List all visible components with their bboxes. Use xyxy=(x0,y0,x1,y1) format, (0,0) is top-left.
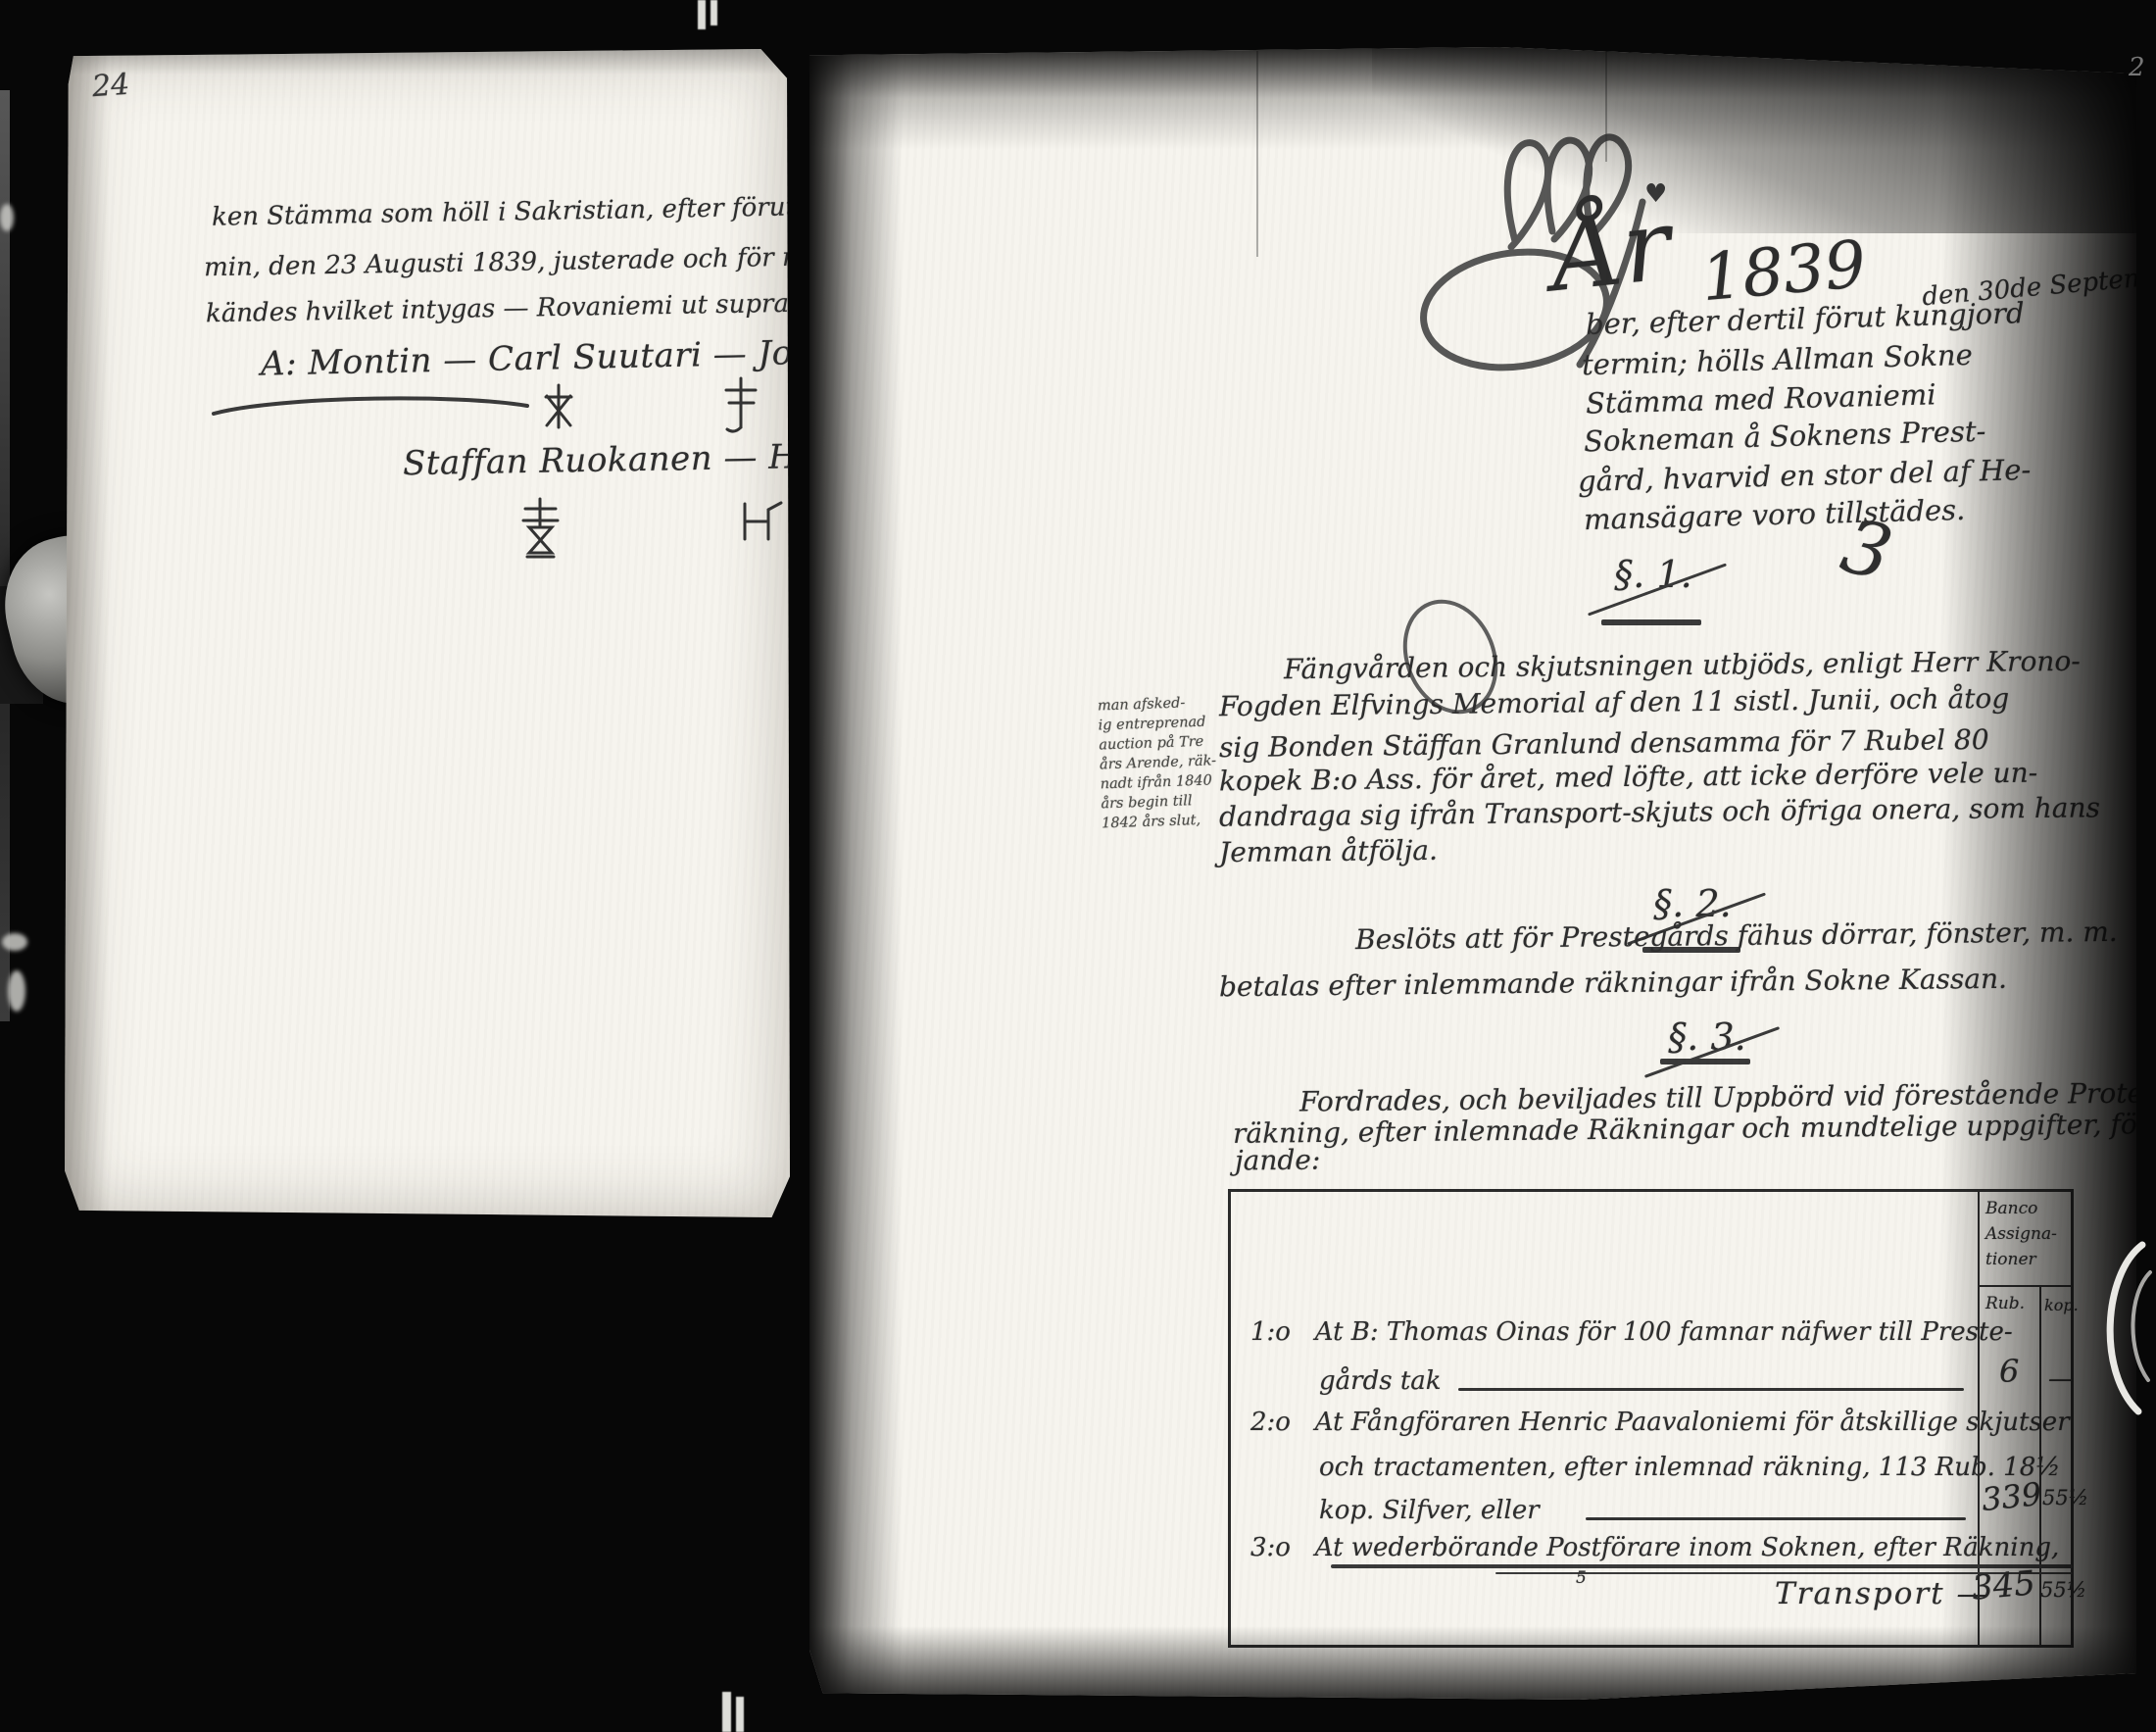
row-number: 3:o xyxy=(1250,1533,1291,1562)
section-1-line: Fängvården och skjutsningen utbjöds, enl… xyxy=(1284,645,2081,686)
table-row-1-line-1: 1:o At B: Thomas Oinas för 100 famnar nä… xyxy=(1250,1317,2013,1347)
scan-speck xyxy=(0,204,14,231)
opening-line: mansägare voro tillstädes. xyxy=(1584,493,1966,536)
table-row-2-line-3: kop. Silfver, eller xyxy=(1319,1496,1540,1525)
scanned-book-spread: 24 ken Stämma som höll i Sakristian, eft… xyxy=(0,0,2156,1732)
table-header-divider xyxy=(1978,1285,2073,1287)
transport-carry-note: 5 xyxy=(1576,1568,1587,1588)
table-row-2-rub: 339 xyxy=(1980,1475,2043,1518)
transport-label: Transport — xyxy=(1775,1576,1989,1611)
registration-mark xyxy=(710,0,717,25)
row-number: 2:o xyxy=(1250,1408,1291,1437)
page-edge-shadow-bottom xyxy=(809,1626,2136,1700)
opening-line: Stämma med Rovaniemi xyxy=(1586,377,1936,420)
ruokanen-house-mark-icon xyxy=(520,498,560,567)
page-edge-shadow xyxy=(65,49,110,1217)
currency-header-line: tioner xyxy=(1985,1247,2057,1272)
transport-rub: 345 xyxy=(1970,1563,2036,1608)
fill-rule xyxy=(1458,1388,1964,1391)
section-1-line: Jemman åtfölja. xyxy=(1219,834,1438,868)
fill-rule xyxy=(1586,1517,1966,1520)
table-row-1-rub: 6 xyxy=(1999,1353,2019,1390)
table-row-1-line-2: gårds tak xyxy=(1319,1366,1442,1396)
section-1-line: kopek B:o Ass. för året, med löfte, att … xyxy=(1219,757,2037,798)
table-currency-header: Banco Assigna- tioner xyxy=(1985,1196,2057,1272)
table-border-left xyxy=(1228,1189,1231,1648)
page-number-left: 24 xyxy=(91,68,131,105)
currency-header-line: Assigna- xyxy=(1985,1221,2057,1247)
right-page: ♥ År 1839 den 30de Septem- ber, efter de… xyxy=(809,47,2136,1700)
heading-underline xyxy=(1660,1059,1750,1064)
section-1-line: dandraga sig ifrån Transport-skjuts och … xyxy=(1219,791,2100,832)
section-2-line: betalas efter inlemmande räkningar ifrån… xyxy=(1219,963,2007,1003)
opening-year-word: År xyxy=(1547,196,1675,306)
row-text: At Fångföraren Henric Paavaloniemi för å… xyxy=(1315,1408,2070,1437)
left-page: 24 ken Stämma som höll i Sakristian, eft… xyxy=(65,49,790,1217)
opening-line: gård, hvarvid en stor del af He- xyxy=(1578,453,2032,498)
opening-year-number: 1839 xyxy=(1698,232,1868,311)
transport-rule xyxy=(1331,1564,2073,1568)
registration-mark xyxy=(698,0,706,29)
pulli-house-mark-icon xyxy=(739,500,786,555)
table-row-2-kop: 55½ xyxy=(2042,1486,2088,1509)
page-number-right-partial: 2 xyxy=(2129,53,2145,82)
protocol-closing-line: kändes hvilket intygas — Rovaniemi ut su… xyxy=(206,289,798,329)
heading-underline xyxy=(1601,619,1701,625)
table-row-2-line-2: och tractamenten, efter inlemnad räkning… xyxy=(1319,1453,2060,1482)
section-1-line: Fogden Elfvings Memorial af den 11 sistl… xyxy=(1219,682,2010,722)
table-row-3-line-1: 3:o At wederbörande Postförare inom Sokn… xyxy=(1250,1533,2059,1562)
suutari-house-mark-icon xyxy=(542,382,575,431)
book-clamp-right xyxy=(2082,1233,2156,1419)
transport-kop: 55½ xyxy=(2040,1578,2086,1602)
gutter-shadow xyxy=(809,47,903,1700)
section-3-line: jande: xyxy=(1235,1144,1321,1177)
table-row-1-kop: — xyxy=(2048,1364,2074,1394)
currency-header-line: Banco xyxy=(1985,1196,2057,1221)
section-2-line: Beslöts att för Prestegårds fähus dörrar… xyxy=(1355,915,2118,956)
table-border-top xyxy=(1228,1189,2073,1192)
row-text: At B: Thomas Oinas för 100 famnar näfwer… xyxy=(1315,1317,2013,1347)
protocol-closing-line: min, den 23 Augusti 1839, justerade och … xyxy=(204,241,912,283)
page-edge-shadow xyxy=(65,49,790,74)
table-border-bottom xyxy=(1228,1645,2074,1648)
registration-mark xyxy=(722,1692,731,1732)
scan-speck xyxy=(8,970,25,1012)
row-text: At wederbörande Postförare inom Soknen, … xyxy=(1315,1533,2060,1562)
col-header-rub: Rub. xyxy=(1985,1294,2025,1313)
col-header-kop: kop. xyxy=(2044,1296,2079,1314)
table-row-2-line-1: 2:o At Fångföraren Henric Paavaloniemi f… xyxy=(1250,1408,2070,1437)
opening-line: Sokneman å Soknens Prest- xyxy=(1584,415,1986,459)
pallari-house-mark-icon xyxy=(723,376,759,435)
registration-mark xyxy=(736,1697,744,1732)
margin-note: man afsked- ig entreprenad auction på Tr… xyxy=(1098,692,1240,834)
scan-speck xyxy=(2,933,27,951)
signature-flourish xyxy=(212,394,535,421)
row-number: 1:o xyxy=(1250,1317,1291,1347)
film-scratch xyxy=(1256,51,1258,257)
